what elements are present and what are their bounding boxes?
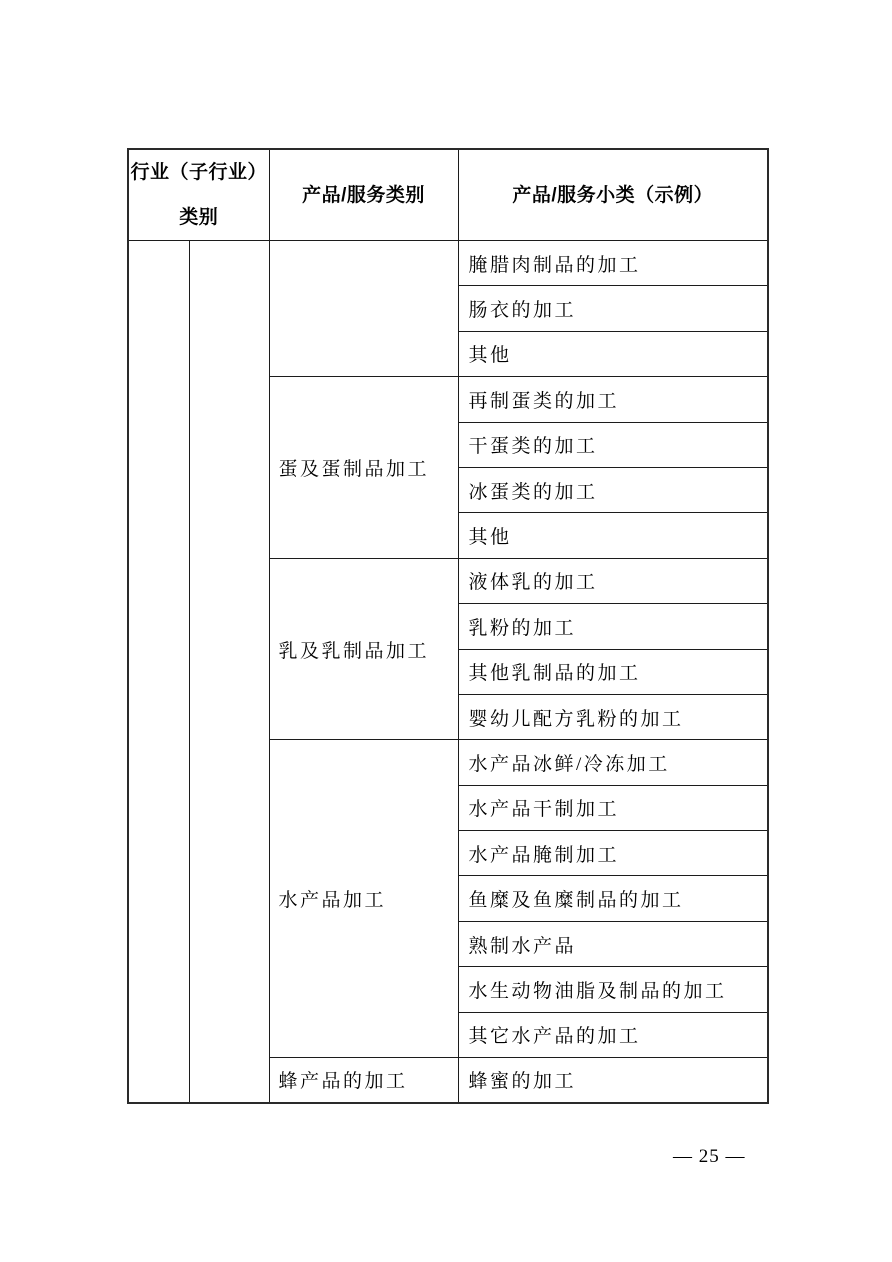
page-number: — 25 — (673, 1146, 746, 1168)
table-body: 腌腊肉制品的加工肠衣的加工其他蛋及蛋制品加工再制蛋类的加工干蛋类的加工冰蛋类的加… (128, 241, 768, 1103)
industry-products-table: 行业（子行业）类别 产品/服务类别 产品/服务小类（示例） 腌腊肉制品的加工肠衣… (127, 148, 769, 1104)
product-subcategory-cell: 水产品冰鲜/冷冻加工 (458, 740, 768, 785)
header-product-service-category: 产品/服务类别 (269, 149, 458, 241)
product-subcategory-cell: 再制蛋类的加工 (458, 377, 768, 422)
product-subcategory-cell: 水生动物油脂及制品的加工 (458, 967, 768, 1012)
document-page-content: 行业（子行业）类别 产品/服务类别 产品/服务小类（示例） 腌腊肉制品的加工肠衣… (127, 148, 769, 1104)
product-subcategory-cell: 婴幼儿配方乳粉的加工 (458, 694, 768, 739)
product-subcategory-cell: 其它水产品的加工 (458, 1012, 768, 1057)
product-subcategory-cell: 蜂蜜的加工 (458, 1058, 768, 1103)
product-subcategory-cell: 乳粉的加工 (458, 604, 768, 649)
header-industry-category: 行业（子行业）类别 (128, 149, 269, 241)
product-subcategory-cell: 干蛋类的加工 (458, 422, 768, 467)
product-subcategory-cell: 其他 (458, 331, 768, 376)
industry-cell (128, 241, 189, 1103)
product-subcategory-cell: 其他乳制品的加工 (458, 649, 768, 694)
product-category-cell: 水产品加工 (269, 740, 458, 1058)
subindustry-cell (189, 241, 269, 1103)
product-category-cell: 蜂产品的加工 (269, 1058, 458, 1103)
header-row: 行业（子行业）类别 产品/服务类别 产品/服务小类（示例） (128, 149, 768, 241)
product-subcategory-cell: 熟制水产品 (458, 921, 768, 966)
product-subcategory-cell: 肠衣的加工 (458, 286, 768, 331)
table-row: 腌腊肉制品的加工 (128, 241, 768, 286)
product-subcategory-cell: 水产品腌制加工 (458, 831, 768, 876)
table-header: 行业（子行业）类别 产品/服务类别 产品/服务小类（示例） (128, 149, 768, 241)
product-subcategory-cell: 液体乳的加工 (458, 558, 768, 603)
product-subcategory-cell: 水产品干制加工 (458, 785, 768, 830)
product-category-cell: 蛋及蛋制品加工 (269, 377, 458, 559)
product-subcategory-cell: 鱼糜及鱼糜制品的加工 (458, 876, 768, 921)
product-subcategory-cell: 冰蛋类的加工 (458, 467, 768, 512)
header-product-service-subcategory: 产品/服务小类（示例） (458, 149, 768, 241)
product-category-cell (269, 241, 458, 377)
product-subcategory-cell: 腌腊肉制品的加工 (458, 241, 768, 286)
product-subcategory-cell: 其他 (458, 513, 768, 558)
product-category-cell: 乳及乳制品加工 (269, 558, 458, 740)
